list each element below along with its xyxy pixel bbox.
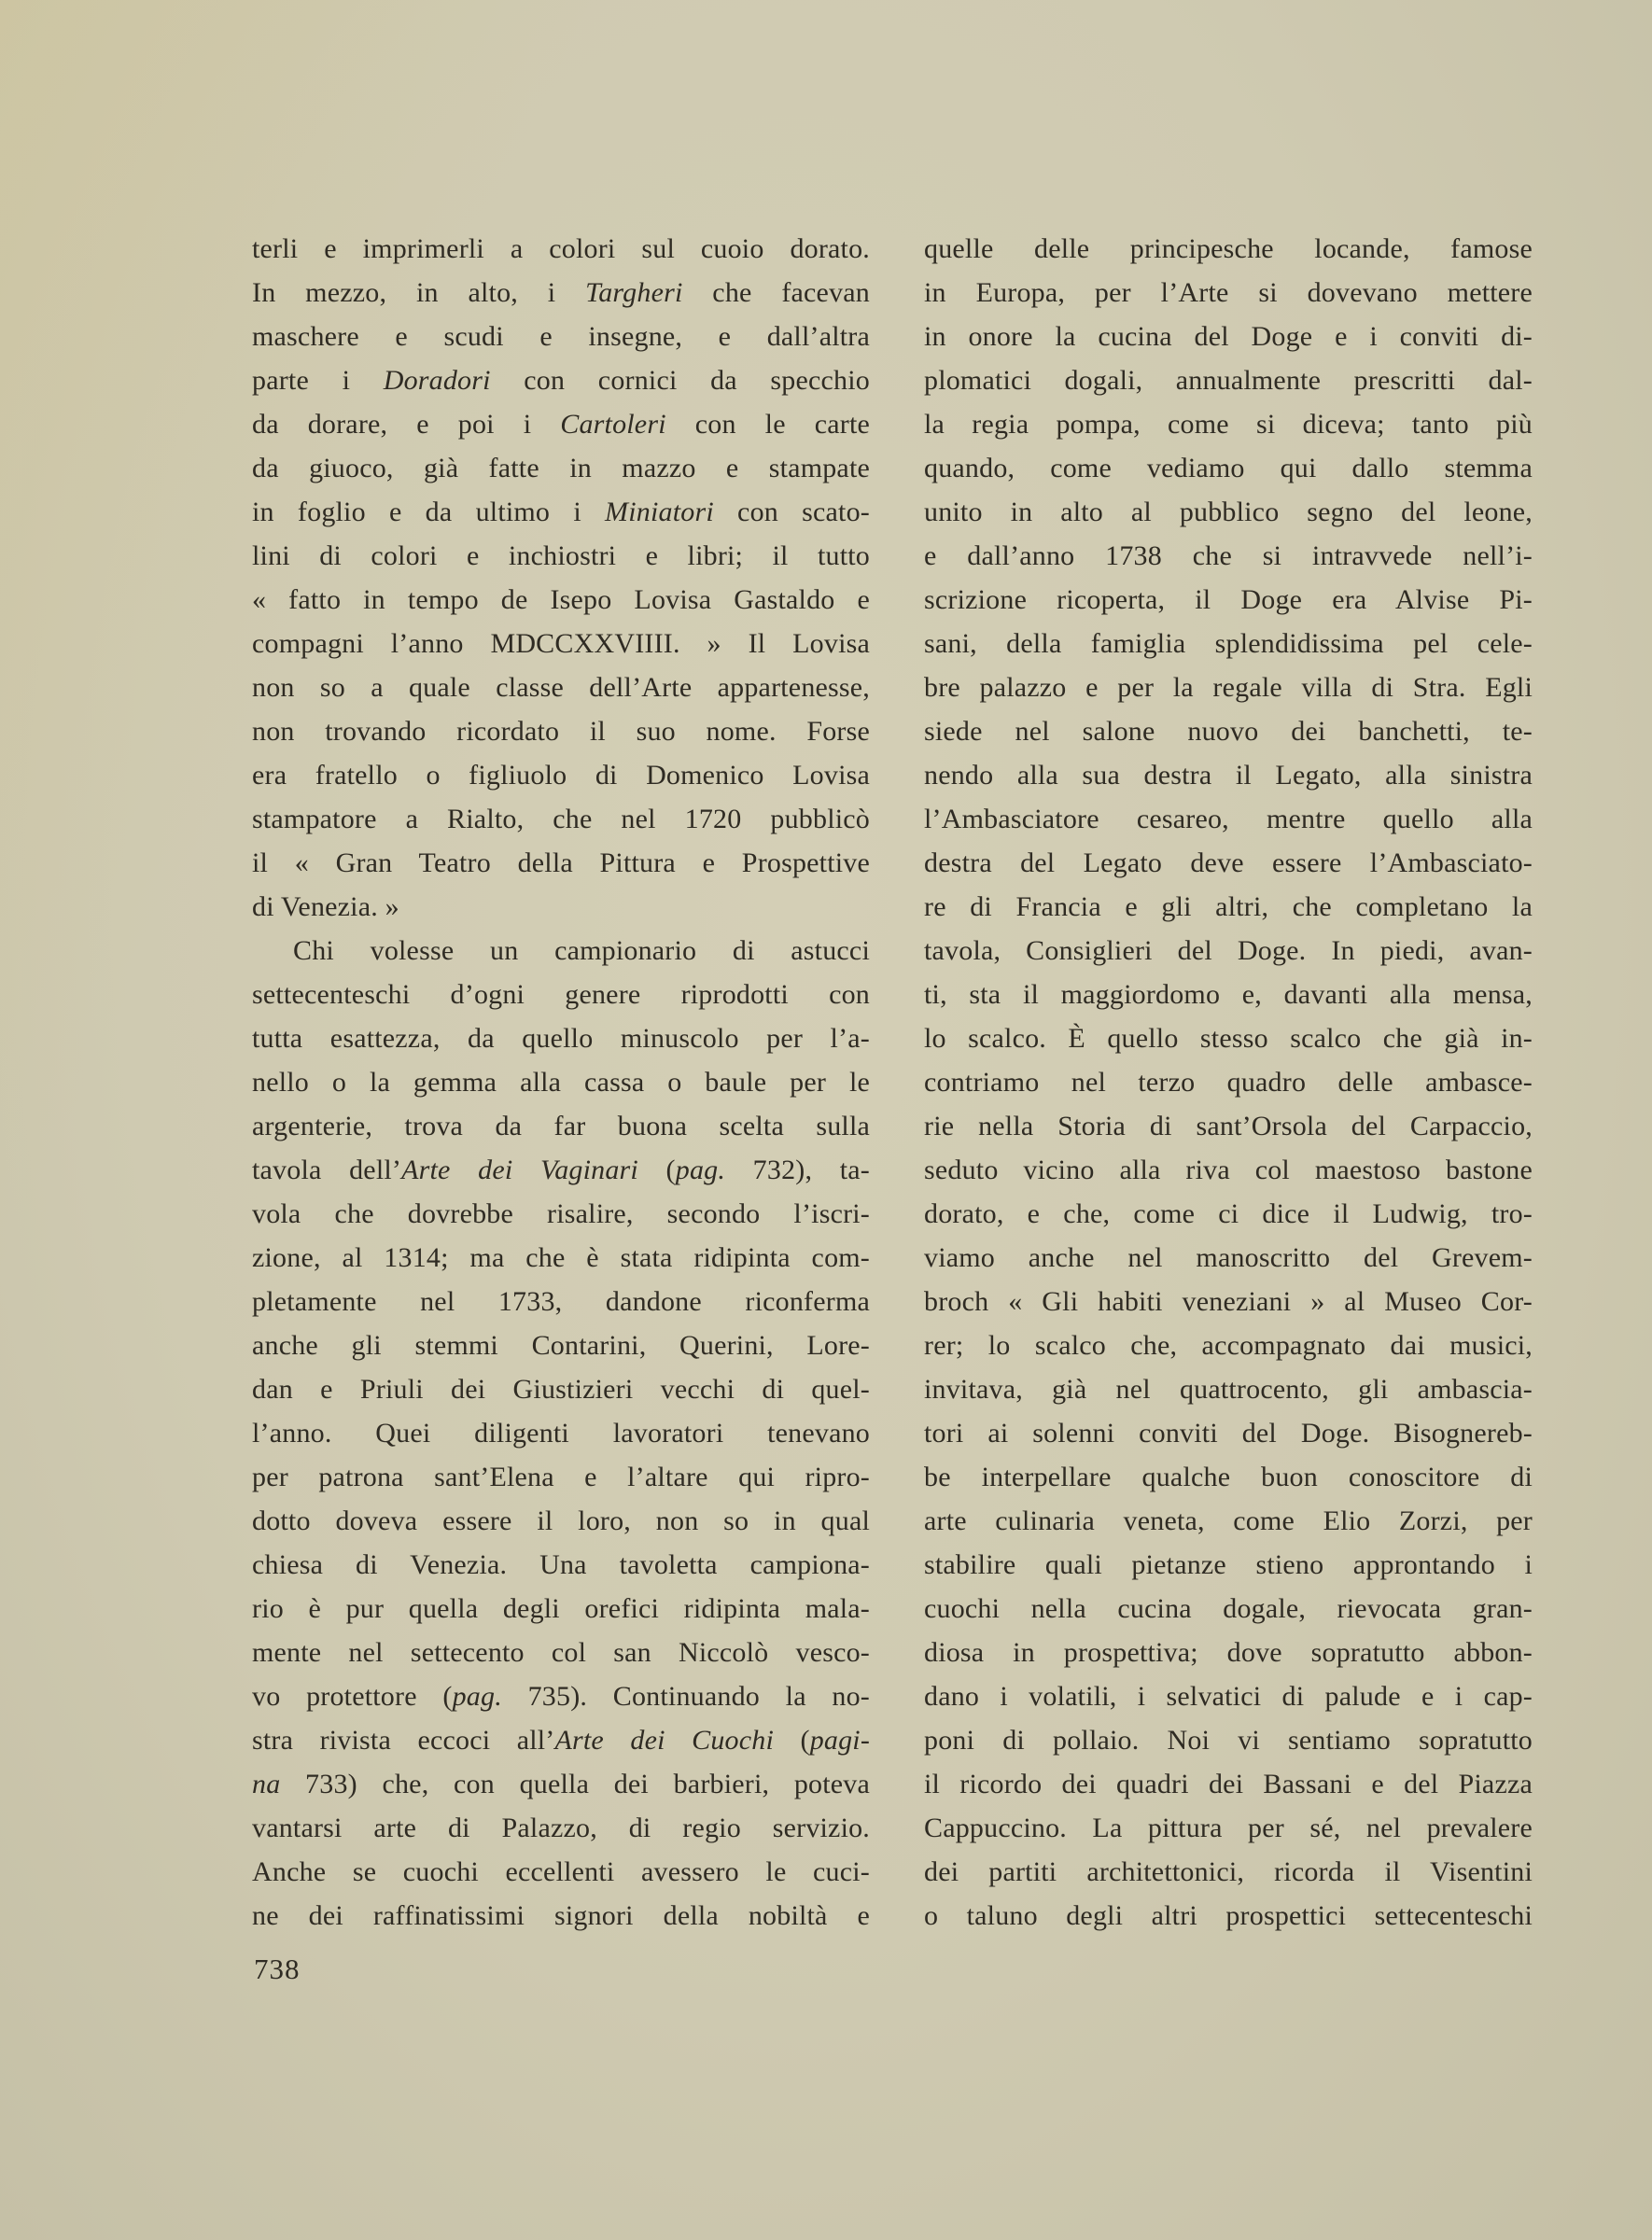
text-line: da dorare, e poi i Cartoleri con le cart… <box>252 402 870 446</box>
text-run: invitava, già nel quattrocento, gli amba… <box>924 1374 1533 1405</box>
text-line: non trovando ricordato il suo nome. Fors… <box>252 709 870 753</box>
text-run: anche gli stemmi Contarini, Querini, Lor… <box>252 1330 870 1361</box>
text-run: Chi volesse un campionario di astucci <box>293 935 870 966</box>
text-line: Anche se cuochi eccellenti avessero le c… <box>252 1850 870 1894</box>
text-run: in onore la cucina del Doge e i conviti … <box>924 321 1533 352</box>
text-run: non so a quale classe dell’Arte apparten… <box>252 672 870 703</box>
page-number: 738 <box>254 1947 301 1991</box>
text-run: plomatici dogali, annualmente prescritti… <box>924 365 1533 396</box>
text-run: il « Gran Teatro della Pittura e Prospet… <box>252 847 870 878</box>
text-run: in foglio e da ultimo i <box>252 497 605 527</box>
text-line: « fatto in tempo de Isepo Lovisa Gastald… <box>252 578 870 622</box>
text-line: scrizione ricoperta, il Doge era Alvise … <box>924 578 1533 622</box>
text-line: maschere e scudi e insegne, e dall’altra <box>252 315 870 358</box>
text-run: tutta esattezza, da quello minuscolo per… <box>252 1023 870 1054</box>
text-line: bre palazzo e per la regale villa di Str… <box>924 665 1533 709</box>
text-column-right: quelle delle principesche locande, famos… <box>924 227 1533 1938</box>
text-run: sani, della famiglia splendidissima pel … <box>924 628 1533 659</box>
italic-text-run: na <box>252 1769 280 1799</box>
text-run: o taluno degli altri prospettici settece… <box>924 1900 1533 1931</box>
text-run: dano i volatili, i selvatici di palude e… <box>924 1681 1533 1712</box>
text-line: compagni l’anno MDCCXXVIIII. » Il Lovisa <box>252 622 870 665</box>
text-line: contriamo nel terzo quadro delle ambasce… <box>924 1060 1533 1104</box>
text-line: dei partiti architettonici, ricorda il V… <box>924 1850 1533 1894</box>
text-line: seduto vicino alla riva col maestoso bas… <box>924 1148 1533 1192</box>
text-run: broch « Gli habiti veneziani » al Museo … <box>924 1286 1533 1317</box>
text-line: nello o la gemma alla cassa o baule per … <box>252 1060 870 1104</box>
text-line: l’Ambasciatore cesareo, mentre quello al… <box>924 797 1533 841</box>
text-run: rie nella Storia di sant’Orsola del Carp… <box>924 1111 1533 1141</box>
text-run: 735). Continuando la no- <box>502 1681 870 1712</box>
text-line: in onore la cucina del Doge e i conviti … <box>924 315 1533 358</box>
text-run: re di Francia e gli altri, che completan… <box>924 891 1533 922</box>
italic-text-run: Miniatori <box>605 497 714 527</box>
text-run: da dorare, e poi i <box>252 409 560 440</box>
text-run: Anche se cuochi eccellenti avessero le c… <box>252 1856 870 1887</box>
text-line: anche gli stemmi Contarini, Querini, Lor… <box>252 1323 870 1367</box>
text-run: ne dei raffinatissimi signori della nobi… <box>252 1900 870 1931</box>
text-run: chiesa di Venezia. Una tavoletta campion… <box>252 1549 870 1580</box>
text-run: argenterie, trova da far buona scelta su… <box>252 1111 870 1141</box>
text-line: Cappuccino. La pittura per sé, nel preva… <box>924 1806 1533 1850</box>
text-run: tori ai solenni conviti del Doge. Bisogn… <box>924 1418 1533 1449</box>
text-line: pletamente nel 1733, dandone riconferma <box>252 1280 870 1323</box>
text-run: per patrona sant’Elena e l’altare qui ri… <box>252 1462 870 1492</box>
text-run: quelle delle principesche locande, famos… <box>924 233 1533 264</box>
text-run: in Europa, per l’Arte si dovevano metter… <box>924 277 1533 308</box>
text-run: « fatto in tempo de Isepo Lovisa Gastald… <box>252 584 870 615</box>
text-run: e dall’anno 1738 che si intravvede nell’… <box>924 540 1533 571</box>
text-run: be interpellare qualche buon conoscitore… <box>924 1462 1533 1492</box>
text-line: invitava, già nel quattrocento, gli amba… <box>924 1367 1533 1411</box>
text-run: la regia pompa, come si diceva; tanto pi… <box>924 409 1533 440</box>
text-run: dorato, e che, come ci dice il Ludwig, t… <box>924 1198 1533 1229</box>
text-line: viamo anche nel manoscritto del Grevem- <box>924 1236 1533 1280</box>
text-line: settecenteschi d’ogni genere riprodotti … <box>252 973 870 1016</box>
text-run: maschere e scudi e insegne, e dall’altra <box>252 321 870 352</box>
text-line: unito in alto al pubblico segno del leon… <box>924 490 1533 534</box>
text-run: viamo anche nel manoscritto del Grevem- <box>924 1242 1533 1273</box>
text-line: dotto doveva essere il loro, non so in q… <box>252 1499 870 1543</box>
text-run: il ricordo dei quadri dei Bassani e del … <box>924 1769 1533 1799</box>
text-line: vo protettore (pag. 735). Continuando la… <box>252 1674 870 1718</box>
italic-text-run: Cartoleri <box>560 409 665 440</box>
text-line: destra del Legato deve essere l’Ambascia… <box>924 841 1533 885</box>
book-page-scan: { "page": { "number": "738" }, "columns"… <box>0 0 1652 2240</box>
text-line: il ricordo dei quadri dei Bassani e del … <box>924 1762 1533 1806</box>
text-column-left: terli e imprimerli a colori sul cuoio do… <box>252 227 870 1938</box>
text-run: vantarsi arte di Palazzo, di regio servi… <box>252 1813 870 1843</box>
italic-text-run: pagi- <box>810 1725 870 1756</box>
text-line: argenterie, trova da far buona scelta su… <box>252 1104 870 1148</box>
text-run: lo scalco. È quello stesso scalco che gi… <box>924 1023 1533 1054</box>
text-line: chiesa di Venezia. Una tavoletta campion… <box>252 1543 870 1587</box>
text-run: poni di pollaio. Noi vi sentiamo sopratu… <box>924 1725 1533 1756</box>
text-line: in Europa, per l’Arte si dovevano metter… <box>924 271 1533 315</box>
text-run: contriamo nel terzo quadro delle ambasce… <box>924 1067 1533 1098</box>
text-run: siede nel salone nuovo dei banchetti, te… <box>924 716 1533 747</box>
text-line: era fratello o figliuolo di Domenico Lov… <box>252 753 870 797</box>
text-run: di Venezia. » <box>252 891 399 922</box>
text-line: dan e Priuli dei Giustizieri vecchi di q… <box>252 1367 870 1411</box>
text-run: bre palazzo e per la regale villa di Str… <box>924 672 1533 703</box>
text-line: di Venezia. » <box>252 885 870 929</box>
text-run: scrizione ricoperta, il Doge era Alvise … <box>924 584 1533 615</box>
text-line: Chi volesse un campionario di astucci <box>252 929 870 973</box>
text-run: diosa in prospettiva; dove sopratutto ab… <box>924 1637 1533 1668</box>
text-run: In mezzo, in alto, i <box>252 277 585 308</box>
italic-text-run: Arte dei Vaginari <box>401 1155 638 1185</box>
text-line: plomatici dogali, annualmente prescritti… <box>924 358 1533 402</box>
text-run: compagni l’anno MDCCXXVIIII. » Il Lovisa <box>252 628 870 659</box>
text-line: il « Gran Teatro della Pittura e Prospet… <box>252 841 870 885</box>
text-line: ne dei raffinatissimi signori della nobi… <box>252 1894 870 1938</box>
text-line: arte culinaria veneta, come Elio Zorzi, … <box>924 1499 1533 1543</box>
text-run: ti, sta il maggiordomo e, davanti alla m… <box>924 979 1533 1010</box>
text-line: zione, al 1314; ma che è stata ridipinta… <box>252 1236 870 1280</box>
text-line: vola che dovrebbe risalire, secondo l’is… <box>252 1192 870 1236</box>
text-line: broch « Gli habiti veneziani » al Museo … <box>924 1280 1533 1323</box>
text-run: con le carte <box>666 409 870 440</box>
text-run: da giuoco, già fatte in mazzo e stampate <box>252 453 870 483</box>
italic-text-run: Targheri <box>585 277 682 308</box>
text-run: vola che dovrebbe risalire, secondo l’is… <box>252 1198 870 1229</box>
text-line: tori ai solenni conviti del Doge. Bisogn… <box>924 1411 1533 1455</box>
text-run: 733) che, con quella dei barbieri, potev… <box>280 1769 870 1799</box>
italic-text-run: pag. <box>676 1155 725 1185</box>
text-line: stabilire quali pietanze stieno appronta… <box>924 1543 1533 1587</box>
text-line: e dall’anno 1738 che si intravvede nell’… <box>924 534 1533 578</box>
italic-text-run: pag. <box>453 1681 502 1712</box>
text-run: ( <box>638 1155 676 1185</box>
text-run: rio è pur quella degli orefici ridipinta… <box>252 1593 870 1624</box>
text-run: ( <box>774 1725 810 1756</box>
text-line: stampatore a Rialto, che nel 1720 pubbli… <box>252 797 870 841</box>
text-line: quando, come vediamo qui dallo stemma <box>924 446 1533 490</box>
text-line: tutta esattezza, da quello minuscolo per… <box>252 1016 870 1060</box>
text-run: l’anno. Quei diligenti lavoratori teneva… <box>252 1418 870 1449</box>
text-run: vo protettore ( <box>252 1681 453 1712</box>
text-run: dei partiti architettonici, ricorda il V… <box>924 1856 1533 1887</box>
text-run: stabilire quali pietanze stieno appronta… <box>924 1549 1533 1580</box>
text-run: arte culinaria veneta, come Elio Zorzi, … <box>924 1505 1533 1536</box>
text-run: Cappuccino. La pittura per sé, nel preva… <box>924 1813 1533 1843</box>
text-line: lo scalco. È quello stesso scalco che gi… <box>924 1016 1533 1060</box>
text-line: stra rivista eccoci all’Arte dei Cuochi … <box>252 1718 870 1762</box>
text-line: diosa in prospettiva; dove sopratutto ab… <box>924 1631 1533 1674</box>
text-run: tavola, Consiglieri del Doge. In piedi, … <box>924 935 1533 966</box>
text-run: stampatore a Rialto, che nel 1720 pubbli… <box>252 804 870 834</box>
text-run: terli e imprimerli a colori sul cuoio do… <box>252 233 870 264</box>
italic-text-run: Arte dei Cuochi <box>555 1725 775 1756</box>
text-line: tavola dell’Arte dei Vaginari (pag. 732)… <box>252 1148 870 1192</box>
text-run: mente nel settecento col san Niccolò ves… <box>252 1637 870 1668</box>
text-line: rer; lo scalco che, accompagnato dai mus… <box>924 1323 1533 1367</box>
text-line: non so a quale classe dell’Arte apparten… <box>252 665 870 709</box>
text-line: in foglio e da ultimo i Miniatori con sc… <box>252 490 870 534</box>
text-run: cuochi nella cucina dogale, rievocata gr… <box>924 1593 1533 1624</box>
text-run: destra del Legato deve essere l’Ambascia… <box>924 847 1533 878</box>
text-line: mente nel settecento col san Niccolò ves… <box>252 1631 870 1674</box>
text-run: parte i <box>252 365 384 396</box>
text-run: 732), ta- <box>725 1155 870 1185</box>
text-line: per patrona sant’Elena e l’altare qui ri… <box>252 1455 870 1499</box>
italic-text-run: Doradori <box>384 365 491 396</box>
text-run: con cornici da specchio <box>491 365 870 396</box>
text-line: ti, sta il maggiordomo e, davanti alla m… <box>924 973 1533 1016</box>
text-run: unito in alto al pubblico segno del leon… <box>924 497 1533 527</box>
text-line: lini di colori e inchiostri e libri; il … <box>252 534 870 578</box>
text-run: dotto doveva essere il loro, non so in q… <box>252 1505 870 1536</box>
text-line: rio è pur quella degli orefici ridipinta… <box>252 1587 870 1631</box>
text-line: sani, della famiglia splendidissima pel … <box>924 622 1533 665</box>
text-line: quelle delle principesche locande, famos… <box>924 227 1533 271</box>
text-run: zione, al 1314; ma che è stata ridipinta… <box>252 1242 870 1273</box>
text-run: rer; lo scalco che, accompagnato dai mus… <box>924 1330 1533 1361</box>
text-line: rie nella Storia di sant’Orsola del Carp… <box>924 1104 1533 1148</box>
text-line: parte i Doradori con cornici da specchio <box>252 358 870 402</box>
text-line: tavola, Consiglieri del Doge. In piedi, … <box>924 929 1533 973</box>
text-run: l’Ambasciatore cesareo, mentre quello al… <box>924 804 1533 834</box>
text-line: la regia pompa, come si diceva; tanto pi… <box>924 402 1533 446</box>
text-line: o taluno degli altri prospettici settece… <box>924 1894 1533 1938</box>
text-line: poni di pollaio. Noi vi sentiamo sopratu… <box>924 1718 1533 1762</box>
text-run: nello o la gemma alla cassa o baule per … <box>252 1067 870 1098</box>
text-run: pletamente nel 1733, dandone riconferma <box>252 1286 870 1317</box>
text-line: be interpellare qualche buon conoscitore… <box>924 1455 1533 1499</box>
text-run: seduto vicino alla riva col maestoso bas… <box>924 1155 1533 1185</box>
text-line: vantarsi arte di Palazzo, di regio servi… <box>252 1806 870 1850</box>
text-run: con scato- <box>714 497 870 527</box>
text-line: re di Francia e gli altri, che completan… <box>924 885 1533 929</box>
text-line: cuochi nella cucina dogale, rievocata gr… <box>924 1587 1533 1631</box>
text-line: dorato, e che, come ci dice il Ludwig, t… <box>924 1192 1533 1236</box>
text-run: che facevan <box>683 277 870 308</box>
text-run: dan e Priuli dei Giustizieri vecchi di q… <box>252 1374 870 1405</box>
text-run: tavola dell’ <box>252 1155 401 1185</box>
text-line: na 733) che, con quella dei barbieri, po… <box>252 1762 870 1806</box>
text-line: terli e imprimerli a colori sul cuoio do… <box>252 227 870 271</box>
text-run: settecenteschi d’ogni genere riprodotti … <box>252 979 870 1010</box>
text-run: nendo alla sua destra il Legato, alla si… <box>924 760 1533 791</box>
text-run: non trovando ricordato il suo nome. Fors… <box>252 716 870 747</box>
text-run: era fratello o figliuolo di Domenico Lov… <box>252 760 870 791</box>
text-run: lini di colori e inchiostri e libri; il … <box>252 540 870 571</box>
text-line: da giuoco, già fatte in mazzo e stampate <box>252 446 870 490</box>
text-line: l’anno. Quei diligenti lavoratori teneva… <box>252 1411 870 1455</box>
text-line: nendo alla sua destra il Legato, alla si… <box>924 753 1533 797</box>
text-line: In mezzo, in alto, i Targheri che faceva… <box>252 271 870 315</box>
text-line: dano i volatili, i selvatici di palude e… <box>924 1674 1533 1718</box>
text-line: siede nel salone nuovo dei banchetti, te… <box>924 709 1533 753</box>
text-run: stra rivista eccoci all’ <box>252 1725 555 1756</box>
text-run: quando, come vediamo qui dallo stemma <box>924 453 1533 483</box>
